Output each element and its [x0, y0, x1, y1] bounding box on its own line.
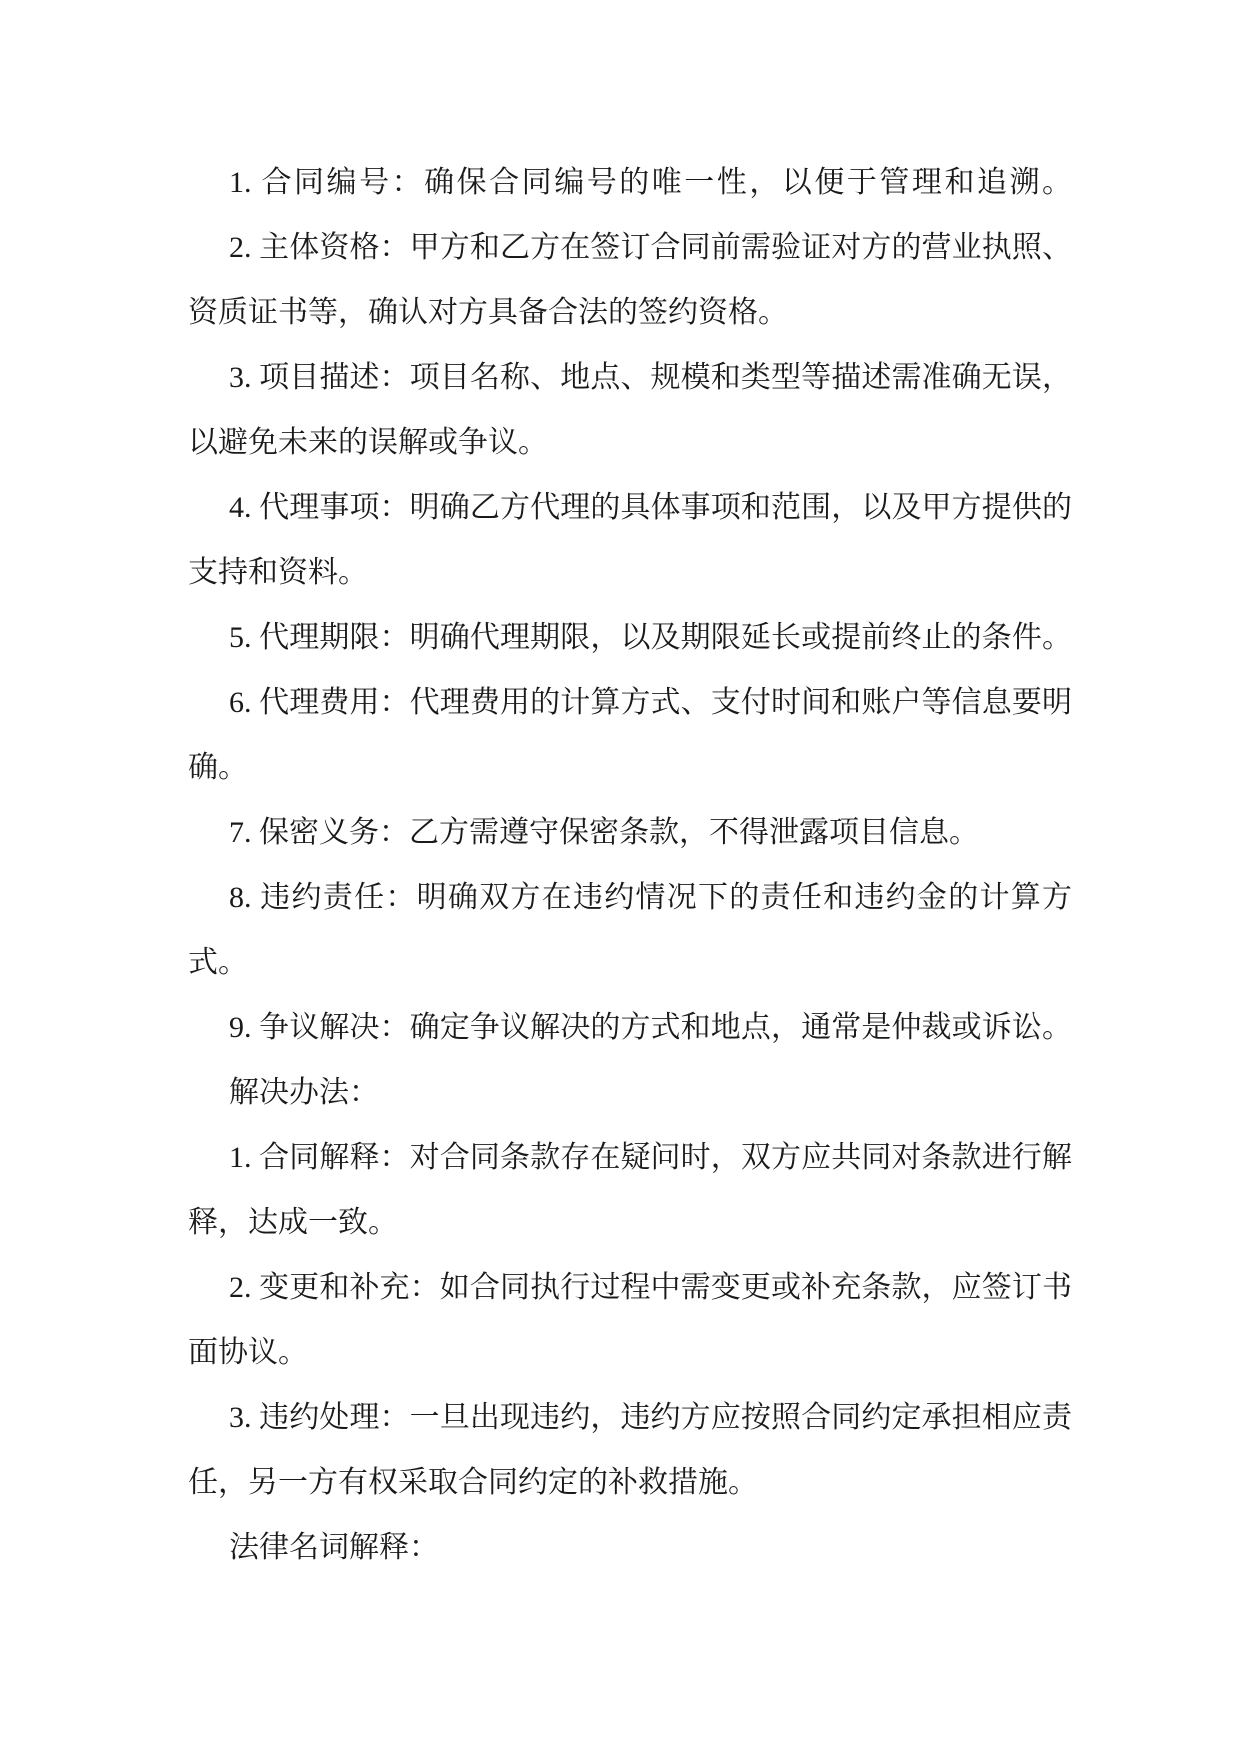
document-page: 1. 合同编号：确保合同编号的唯一性，以便于管理和追溯。 2. 主体资格：甲方和… [0, 0, 1240, 1753]
contract-text-line: 解决办法： [188, 1060, 1072, 1125]
contract-text-line: 2. 变更和补充：如合同执行过程中需变更或补充条款，应签订书 [188, 1255, 1072, 1320]
contract-text-line: 5. 代理期限：明确代理期限，以及期限延长或提前终止的条件。 [188, 605, 1072, 670]
contract-text-line: 7. 保密义务：乙方需遵守保密条款，不得泄露项目信息。 [188, 800, 1072, 865]
contract-text-line: 法律名词解释： [188, 1515, 1072, 1580]
contract-text-line: 9. 争议解决：确定争议解决的方式和地点，通常是仲裁或诉讼。 [188, 995, 1072, 1060]
contract-text-line: 资质证书等，确认对方具备合法的签约资格。 [188, 280, 1072, 345]
contract-text-line: 6. 代理费用：代理费用的计算方式、支付时间和账户等信息要明 [188, 670, 1072, 735]
contract-text-line: 释，达成一致。 [188, 1190, 1072, 1255]
contract-text-line: 3. 违约处理：一旦出现违约，违约方应按照合同约定承担相应责 [188, 1385, 1072, 1450]
contract-text-line: 面协议。 [188, 1320, 1072, 1385]
contract-text-line: 支持和资料。 [188, 540, 1072, 605]
contract-text-line: 8. 违约责任：明确双方在违约情况下的责任和违约金的计算方 [188, 865, 1072, 930]
contract-text-line: 确。 [188, 735, 1072, 800]
contract-text-line: 式。 [188, 930, 1072, 995]
contract-text-line: 3. 项目描述：项目名称、地点、规模和类型等描述需准确无误， [188, 345, 1072, 410]
contract-body: 1. 合同编号：确保合同编号的唯一性，以便于管理和追溯。 2. 主体资格：甲方和… [188, 150, 1072, 1580]
contract-text-line: 2. 主体资格：甲方和乙方在签订合同前需验证对方的营业执照、 [188, 215, 1072, 280]
contract-text-line: 4. 代理事项：明确乙方代理的具体事项和范围，以及甲方提供的 [188, 475, 1072, 540]
contract-text-line: 任，另一方有权采取合同约定的补救措施。 [188, 1450, 1072, 1515]
contract-text-line: 1. 合同编号：确保合同编号的唯一性，以便于管理和追溯。 [188, 150, 1072, 215]
contract-text-line: 1. 合同解释：对合同条款存在疑问时，双方应共同对条款进行解 [188, 1125, 1072, 1190]
contract-text-line: 以避免未来的误解或争议。 [188, 410, 1072, 475]
